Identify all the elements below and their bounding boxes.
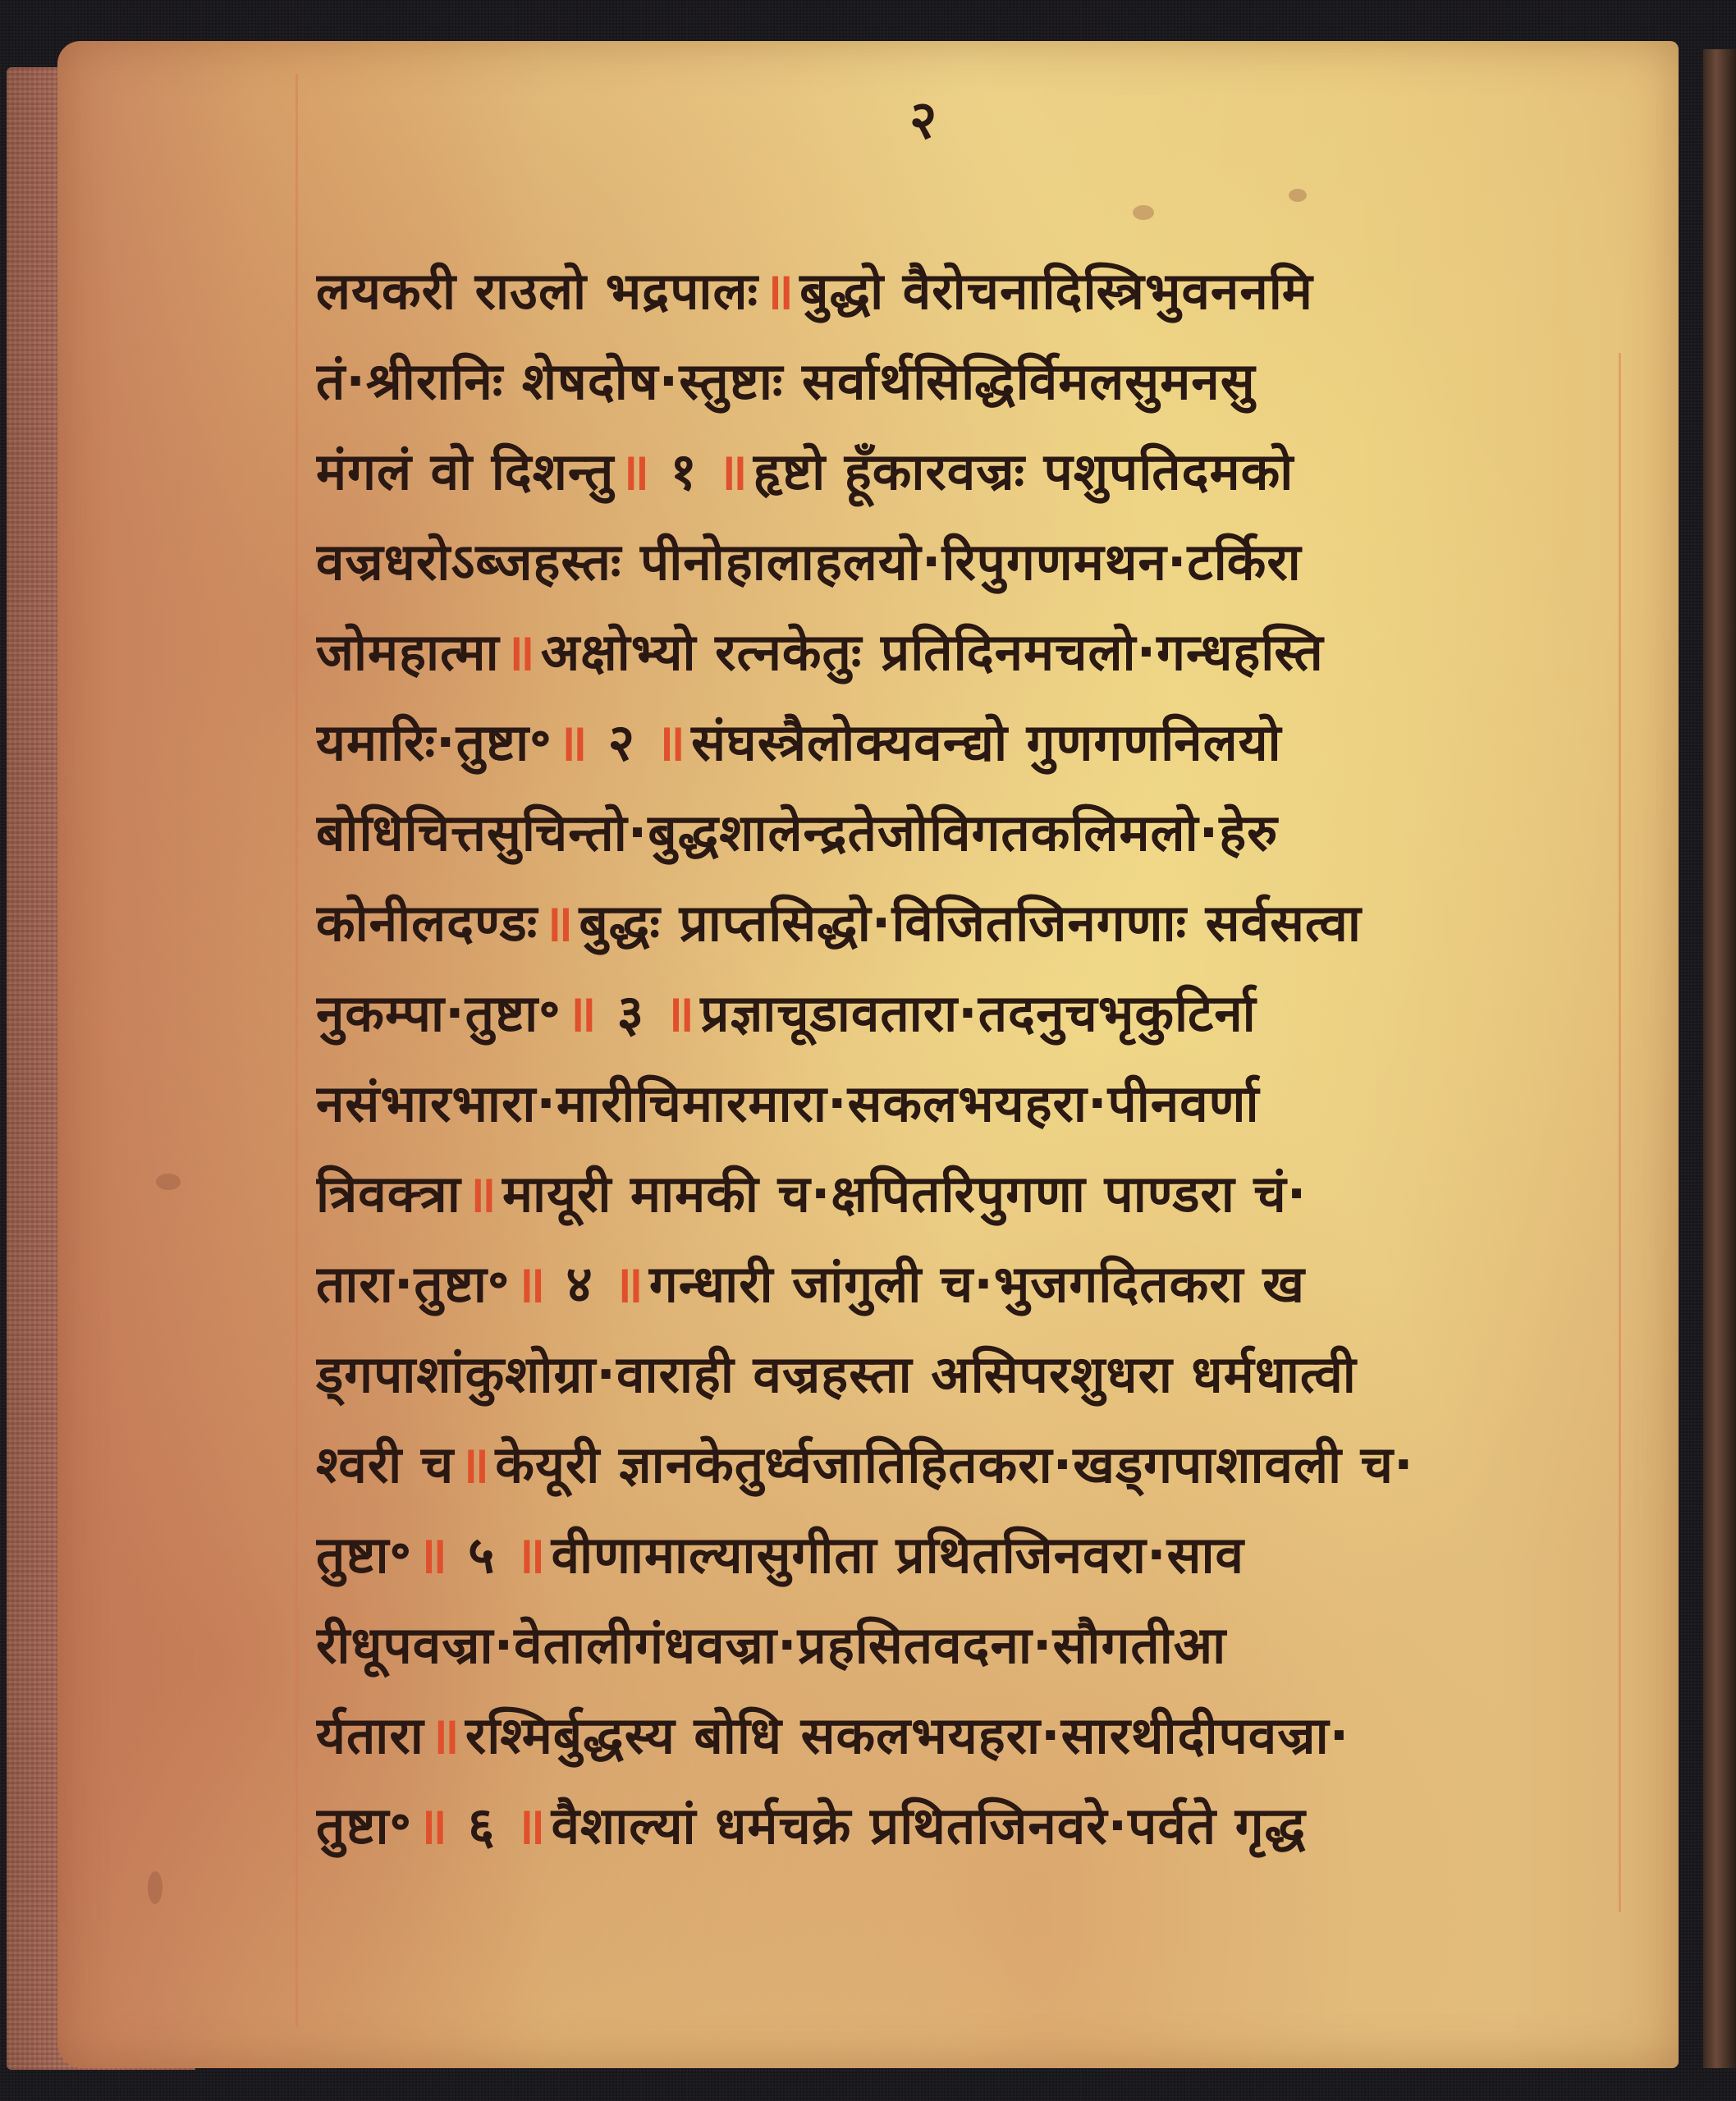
line-text: वज्रधरोऽब्जहस्तः पीनोहालाहलयो·रिपुगणमथन·… <box>316 517 1302 607</box>
verse-marker-double-danda: ॥ <box>466 1149 497 1239</box>
line-text: वैशाल्यां धर्मचक्रे प्रथितजिनवरे·पर्वते … <box>552 1781 1307 1871</box>
verse-marker-double-danda: ॥ <box>459 1420 490 1510</box>
line-text: यमारिः·तुष्टा॰ <box>316 698 552 788</box>
manuscript-line: लयकरी राउलो भद्रपालः॥बुद्धो वैरोचनादिस्त… <box>316 246 1629 336</box>
line-text: केयूरी ज्ञानकेतुर्ध्वजातिहितकरा·खड्गपाशा… <box>495 1420 1413 1510</box>
verse-marker-double-danda: ॥ <box>429 1691 460 1781</box>
line-text: तुष्टा॰ <box>316 1781 412 1871</box>
line-text: जोमहात्मा <box>316 607 500 698</box>
verse-number: १ <box>670 427 697 517</box>
left-margin-rule <box>295 74 298 2027</box>
verse-number: ५ <box>468 1510 495 1600</box>
line-text: त्रिवक्त्रा <box>316 1149 461 1239</box>
line-text: बुद्धः प्राप्तसिद्धो·विजितजिनगणाः सर्वसत… <box>579 878 1362 968</box>
verse-marker-double-danda: ॥ <box>515 1781 546 1871</box>
manuscript-line: तुष्टा॰॥६॥वैशाल्यां धर्मचक्रे प्रथितजिनव… <box>316 1781 1629 1871</box>
line-text: मायूरी मामकी च·क्षपितरिपुगणा पाण्डरा चं· <box>502 1149 1307 1239</box>
line-text: तारा·तुष्टा॰ <box>316 1239 510 1330</box>
line-text: नसंभारभारा·मारीचिमारमारा·सकलभयहरा·पीनवर्… <box>316 1059 1260 1149</box>
line-text: नुकम्पा·तुष्टा॰ <box>316 968 561 1059</box>
ink-stain <box>156 1174 181 1190</box>
line-text: संघस्त्रैलोक्यवन्द्यो गुणगणनिलयो <box>691 698 1281 788</box>
manuscript-text-block: लयकरी राउलो भद्रपालः॥बुद्धो वैरोचनादिस्त… <box>316 246 1629 1871</box>
verse-marker-double-danda: ॥ <box>557 698 589 788</box>
verse-number: ४ <box>566 1239 593 1330</box>
line-text: वीणामाल्यासुगीता प्रथितजिनवरा·साव <box>552 1510 1244 1600</box>
verse-number: २ <box>608 698 635 788</box>
verse-marker-double-danda: ॥ <box>664 968 695 1059</box>
line-text: लयकरी राउलो भद्रपालः <box>316 246 758 336</box>
manuscript-line: तुष्टा॰॥५॥वीणामाल्यासुगीता प्रथितजिनवरा·… <box>316 1510 1629 1600</box>
manuscript-line: नुकम्पा·तुष्टा॰॥३॥प्रज्ञाचूडावतारा·तदनुच… <box>316 968 1629 1059</box>
manuscript-line: वज्रधरोऽब्जहस्तः पीनोहालाहलयो·रिपुगणमथन·… <box>316 517 1629 607</box>
line-text: रीधूपवज्रा·वेतालीगंधवज्रा·प्रहसितवदना·सौ… <box>316 1600 1226 1691</box>
line-text: प्रज्ञाचूडावतारा·तदनुचभृकुटिर्ना <box>700 968 1257 1059</box>
manuscript-line: कोनीलदण्डः॥बुद्धः प्राप्तसिद्धो·विजितजिन… <box>316 878 1629 968</box>
ink-stain <box>148 1871 163 1904</box>
line-text: अक्षोभ्यो रत्नकेतुः प्रतिदिनमचलो·गन्धहस्… <box>541 607 1324 698</box>
manuscript-line: तं·श्रीरानिः शेषदोष·स्तुष्टाः सर्वार्थसि… <box>316 336 1629 427</box>
line-text: हृष्टो हूँकारवज्रः पशुपतिदमको <box>753 427 1294 517</box>
verse-number: ३ <box>617 968 644 1059</box>
verse-number: ६ <box>468 1781 495 1871</box>
verse-marker-double-danda: ॥ <box>566 968 598 1059</box>
line-text: कोनीलदण्डः <box>316 878 538 968</box>
line-text: श्वरी च <box>316 1420 454 1510</box>
line-text: मंगलं वो दिशन्तु <box>316 427 614 517</box>
line-text: ड्गपाशांकुशोग्रा·वाराही वज्रहस्ता असिपरश… <box>316 1330 1357 1420</box>
manuscript-line: तारा·तुष्टा॰॥४॥गन्धारी जांगुली च·भुजगदित… <box>316 1239 1629 1330</box>
verse-marker-double-danda: ॥ <box>655 698 686 788</box>
verse-marker-double-danda: ॥ <box>515 1510 546 1600</box>
line-text: र्यतारा <box>316 1691 424 1781</box>
manuscript-line: बोधिचित्तसुचिन्तो·बुद्धशालेन्द्रतेजोविगत… <box>316 788 1629 878</box>
ink-stain <box>1133 205 1154 220</box>
manuscript-line: र्यतारा॥रश्मिर्बुद्धस्य बोधि सकलभयहरा·सा… <box>316 1691 1629 1781</box>
verse-marker-double-danda: ॥ <box>619 427 650 517</box>
folio-number: २ <box>909 82 937 153</box>
verse-marker-double-danda: ॥ <box>543 878 574 968</box>
manuscript-line: त्रिवक्त्रा॥मायूरी मामकी च·क्षपितरिपुगणा… <box>316 1149 1629 1239</box>
verse-marker-double-danda: ॥ <box>515 1239 546 1330</box>
verse-marker-double-danda: ॥ <box>417 1781 448 1871</box>
manuscript-line: श्वरी च॥केयूरी ज्ञानकेतुर्ध्वजातिहितकरा·… <box>316 1420 1629 1510</box>
line-text: बोधिचित्तसुचिन्तो·बुद्धशालेन्द्रतेजोविगत… <box>316 788 1278 878</box>
manuscript-line: रीधूपवज्रा·वेतालीगंधवज्रा·प्रहसितवदना·सौ… <box>316 1600 1629 1691</box>
verse-marker-double-danda: ॥ <box>613 1239 644 1330</box>
line-text: तुष्टा॰ <box>316 1510 412 1600</box>
verse-marker-double-danda: ॥ <box>763 246 795 336</box>
manuscript-line: ड्गपाशांकुशोग्रा·वाराही वज्रहस्ता असिपरश… <box>316 1330 1629 1420</box>
ink-stain <box>1289 189 1307 202</box>
binding-thread-edge <box>1703 49 1736 2068</box>
line-text: तं·श्रीरानिः शेषदोष·स्तुष्टाः सर्वार्थसि… <box>316 336 1256 427</box>
manuscript-line: जोमहात्मा॥अक्षोभ्यो रत्नकेतुः प्रतिदिनमच… <box>316 607 1629 698</box>
verse-marker-double-danda: ॥ <box>417 1510 448 1600</box>
manuscript-line: यमारिः·तुष्टा॰॥२॥संघस्त्रैलोक्यवन्द्यो ग… <box>316 698 1629 788</box>
line-text: रश्मिर्बुद्धस्य बोधि सकलभयहरा·सारथीदीपवज… <box>465 1691 1349 1781</box>
manuscript-line: मंगलं वो दिशन्तु॥१॥हृष्टो हूँकारवज्रः पश… <box>316 427 1629 517</box>
verse-marker-double-danda: ॥ <box>505 607 536 698</box>
manuscript-line: नसंभारभारा·मारीचिमारमारा·सकलभयहरा·पीनवर्… <box>316 1059 1629 1149</box>
verse-marker-double-danda: ॥ <box>717 427 749 517</box>
line-text: गन्धारी जांगुली च·भुजगदितकरा ख <box>649 1239 1305 1330</box>
line-text: बुद्धो वैरोचनादिस्त्रिभुवननमि <box>799 246 1313 336</box>
